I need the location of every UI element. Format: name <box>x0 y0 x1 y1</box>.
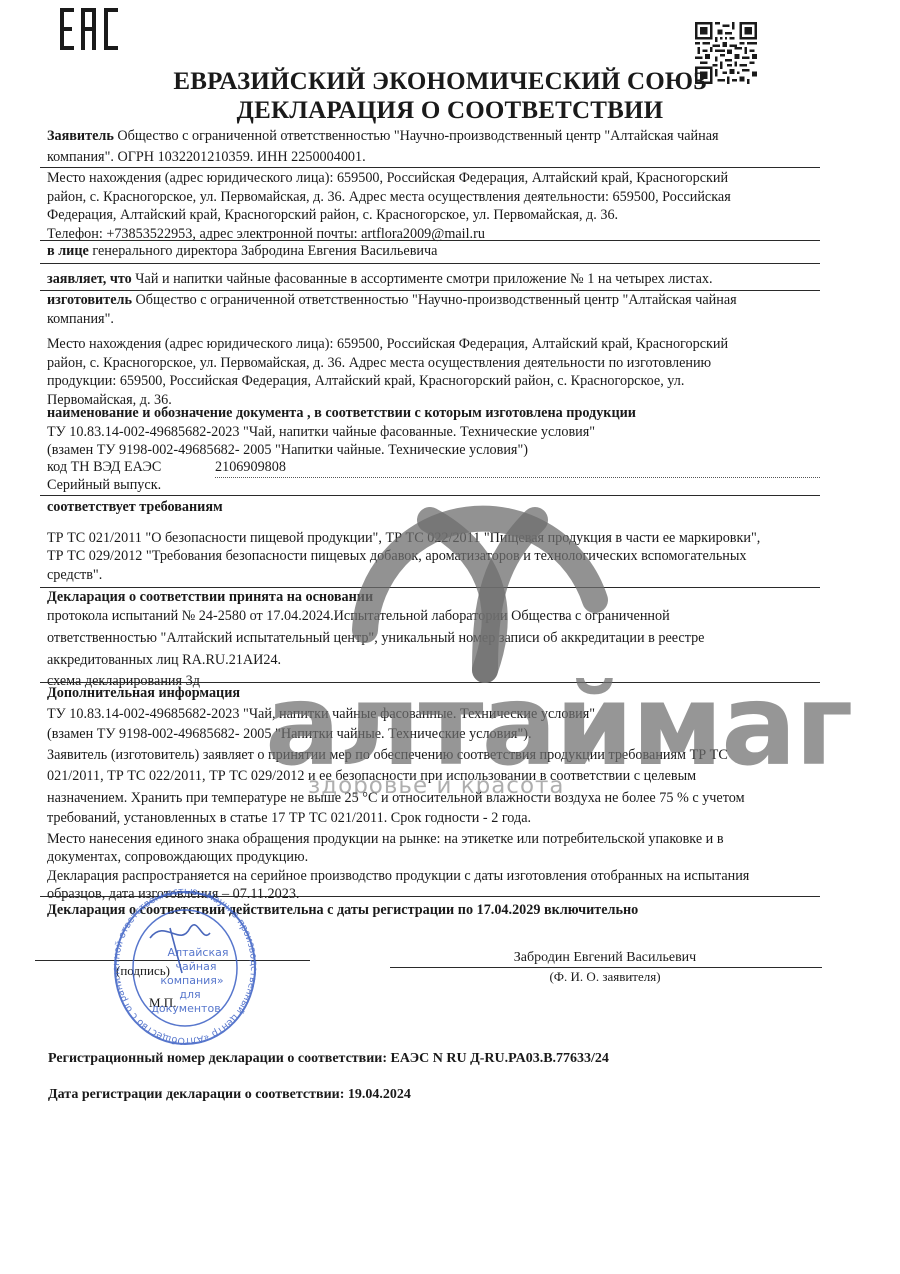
name-line <box>390 967 822 968</box>
info-line: Место нанесения единого знака обращения … <box>47 830 817 849</box>
declares-text: Чай и напитки чайные фасованные в ассорт… <box>132 271 713 287</box>
stamp-line: для <box>179 988 200 1001</box>
release-type: Серийный выпуск. <box>47 476 817 495</box>
additional-info-section: Дополнительная информация ТУ 10.83.14-00… <box>47 684 817 904</box>
applicant-label: Заявитель <box>47 128 114 144</box>
standard-document-section: наименование и обозначение документа , в… <box>47 404 817 460</box>
standard-line: ТУ 10.83.14-002-49685682-2023 "Чай, напи… <box>47 423 817 442</box>
compliance-line: ТР ТС 029/2012 "Требования безопасности … <box>47 547 817 566</box>
info-line: требований, установленных в статье 17 ТР… <box>47 809 817 828</box>
info-line: назначением. Хранить при температуре не … <box>47 789 817 808</box>
declaration-title: ДЕКЛАРАЦИЯ О СООТВЕТСТВИИ <box>0 97 900 125</box>
represented-by-text: генерального директора Забродина Евгения… <box>89 243 438 259</box>
compliance-section: соответствует требованиям ТР ТС 021/2011… <box>47 498 817 584</box>
divider <box>40 240 820 241</box>
info-line: документах, сопровождающих продукцию. <box>47 848 817 867</box>
applicant-text: Общество с ограниченной ответственностью… <box>114 128 719 144</box>
basis-label: Декларация о соответствии принята на осн… <box>47 589 373 605</box>
info-line: 021/2011, ТР ТС 022/2011, ТР ТС 029/2012… <box>47 767 817 786</box>
info-line: Заявитель (изготовитель) заявляет о прин… <box>47 746 817 765</box>
standard-line: (взамен ТУ 9198-002-49685682- 2005 "Напи… <box>47 441 817 460</box>
manufacturer-section: изготовитель Общество с ограниченной отв… <box>47 291 817 409</box>
name-caption: (Ф. И. О. заявителя) <box>390 969 820 985</box>
hs-code-label: код ТН ВЭД ЕАЭС <box>47 459 161 476</box>
union-title: ЕВРАЗИЙСКИЙ ЭКОНОМИЧЕСКИЙ СОЮЗ <box>0 68 890 96</box>
address-line: Место нахождения (адрес юридического лиц… <box>47 169 817 188</box>
applicant-address-section: Место нахождения (адрес юридического лиц… <box>47 169 817 243</box>
divider <box>40 495 820 496</box>
compliance-line: ТР ТС 021/2011 "О безопасности пищевой п… <box>47 529 817 548</box>
applicant-section: Заявитель Общество с ограниченной ответс… <box>47 127 817 166</box>
standard-document-label: наименование и обозначение документа , в… <box>47 405 636 421</box>
divider <box>40 263 820 264</box>
info-line: Декларация распространяется на серийное … <box>47 867 817 886</box>
compliance-label: соответствует требованиям <box>47 499 223 515</box>
applicant-text-2: компания". ОГРН 1032201210359. ИНН 22500… <box>47 148 817 167</box>
stamp-line: документов <box>151 1002 220 1015</box>
address-line: продукции: 659500, Российская Федерация,… <box>47 372 817 391</box>
divider <box>40 167 820 168</box>
basis-line: ответственностью "Алтайский испытательны… <box>47 629 817 648</box>
additional-info-label: Дополнительная информация <box>47 685 240 701</box>
compliance-line: средств". <box>47 566 817 585</box>
address-line: Место нахождения (адрес юридического лиц… <box>47 335 817 354</box>
eac-logo <box>60 8 130 50</box>
represented-by-section: в лице генерального директора Забродина … <box>47 242 817 261</box>
declares-section: заявляет, что Чай и напитки чайные фасов… <box>47 270 817 289</box>
manufacturer-label: изготовитель <box>47 292 132 308</box>
manufacturer-text-2: компания". <box>47 310 817 329</box>
registration-number: Регистрационный номер декларации о соотв… <box>48 1051 609 1067</box>
address-line: район, с. Красногорское, ул. Первомайска… <box>47 354 817 373</box>
basis-line: протокола испытаний № 24-2580 от 17.04.2… <box>47 607 817 626</box>
represented-by-label: в лице <box>47 243 89 259</box>
info-line: ТУ 10.83.14-002-49685682-2023 "Чай, напи… <box>47 705 817 724</box>
stamp-line: компания» <box>160 974 223 987</box>
declares-label: заявляет, что <box>47 271 132 287</box>
manufacturer-address: Место нахождения (адрес юридического лиц… <box>47 335 817 409</box>
address-line: район, с. Красногорское, ул. Первомайска… <box>47 188 817 207</box>
divider <box>40 682 820 683</box>
info-line: (взамен ТУ 9198-002-49685682- 2005 "Напи… <box>47 725 817 744</box>
basis-line: аккредитованных лиц RA.RU.21АИ24. <box>47 651 817 670</box>
basis-section: Декларация о соответствии принята на осн… <box>47 588 817 691</box>
registration-date: Дата регистрации декларации о соответств… <box>48 1087 411 1103</box>
address-line: Федерация, Алтайский край, Красногорский… <box>47 206 817 225</box>
applicant-name: Забродин Евгений Васильевич <box>390 950 820 966</box>
manufacturer-text: Общество с ограниченной ответственностью… <box>132 292 737 308</box>
company-stamp: Общество с ограниченной ответственностью… <box>110 888 260 1048</box>
hs-code-value: 2106909808 <box>215 459 286 476</box>
